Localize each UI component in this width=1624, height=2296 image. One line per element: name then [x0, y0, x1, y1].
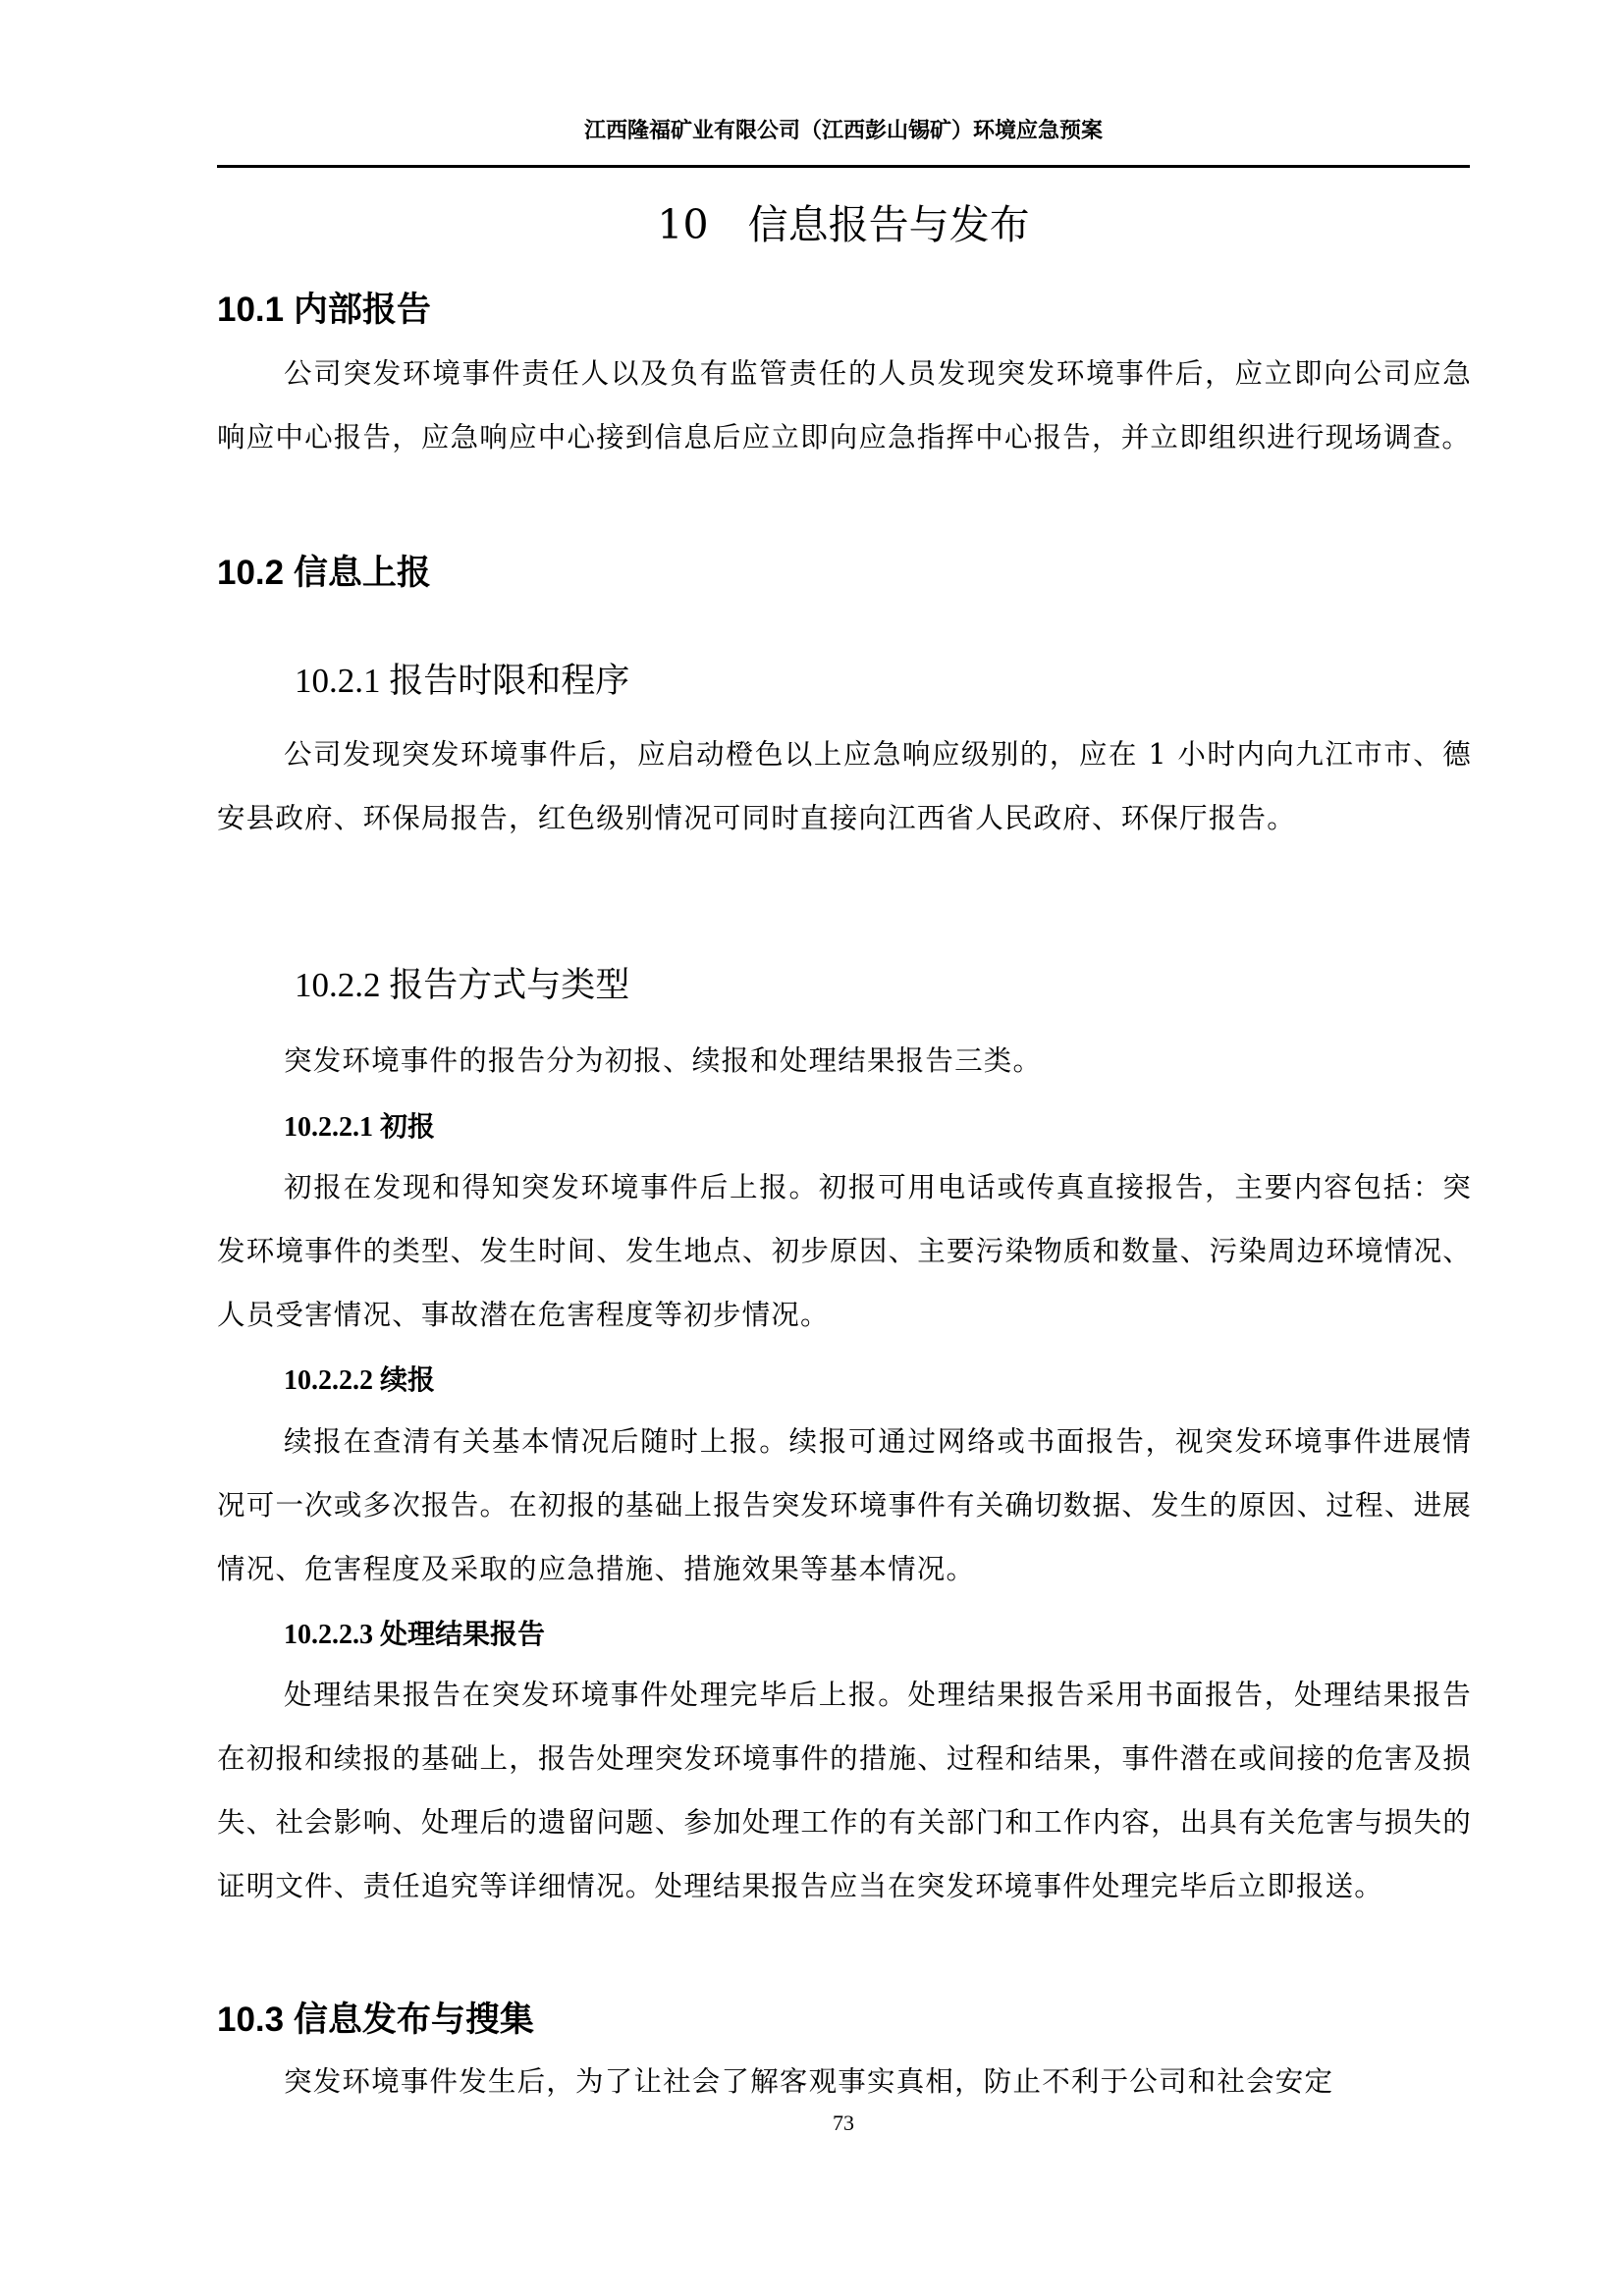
paragraph-10-1: 公司突发环境事件责任人以及负有监管责任的人员发现突发环境事件后，应立即向公司应急…	[217, 342, 1472, 469]
chapter-title: 10信息报告与发布	[217, 192, 1470, 250]
section-heading-10-1: 10.1 内部报告	[217, 283, 431, 332]
paragraph-10-3: 突发环境事件发生后，为了让社会了解客观事实真相，防止不利于公司和社会安定	[217, 2050, 1472, 2113]
paragraph-10-2-1: 公司发现突发环境事件后，应启动橙色以上应急响应级别的，应在 1 小时内向九江市市…	[217, 722, 1472, 850]
paragraph-10-2-2-2: 续报在查清有关基本情况后随时上报。续报可通过网络或书面报告，视突发环境事件进展情…	[217, 1410, 1472, 1601]
subsubsection-heading-10-2-2-2: 10.2.2.2 续报	[284, 1359, 435, 1398]
page-number: 73	[217, 2110, 1470, 2136]
chapter-number: 10	[657, 201, 708, 248]
document-page: 江西隆福矿业有限公司（江西彭山锡矿）环境应急预案 10信息报告与发布 10.1 …	[0, 0, 1624, 2296]
subsection-heading-10-2-1: 10.2.1 报告时限和程序	[295, 654, 629, 703]
header-rule	[217, 165, 1470, 168]
section-heading-10-2: 10.2 信息上报	[217, 546, 431, 595]
subsection-heading-10-2-2: 10.2.2 报告方式与类型	[295, 958, 629, 1007]
running-header: 江西隆福矿业有限公司（江西彭山锡矿）环境应急预案	[217, 114, 1470, 144]
paragraph-10-2-2-1: 初报在发现和得知突发环境事件后上报。初报可用电话或传真直接报告，主要内容包括：突…	[217, 1155, 1472, 1347]
paragraph-10-2-2: 突发环境事件的报告分为初报、续报和处理结果报告三类。	[217, 1029, 1472, 1093]
subsubsection-heading-10-2-2-1: 10.2.2.1 初报	[284, 1105, 435, 1145]
section-heading-10-3: 10.3 信息发布与搜集	[217, 1993, 534, 2042]
chapter-title-text: 信息报告与发布	[748, 201, 1030, 248]
paragraph-10-2-2-3: 处理结果报告在突发环境事件处理完毕后上报。处理结果报告采用书面报告，处理结果报告…	[217, 1663, 1472, 1918]
subsubsection-heading-10-2-2-3: 10.2.2.3 处理结果报告	[284, 1613, 545, 1652]
